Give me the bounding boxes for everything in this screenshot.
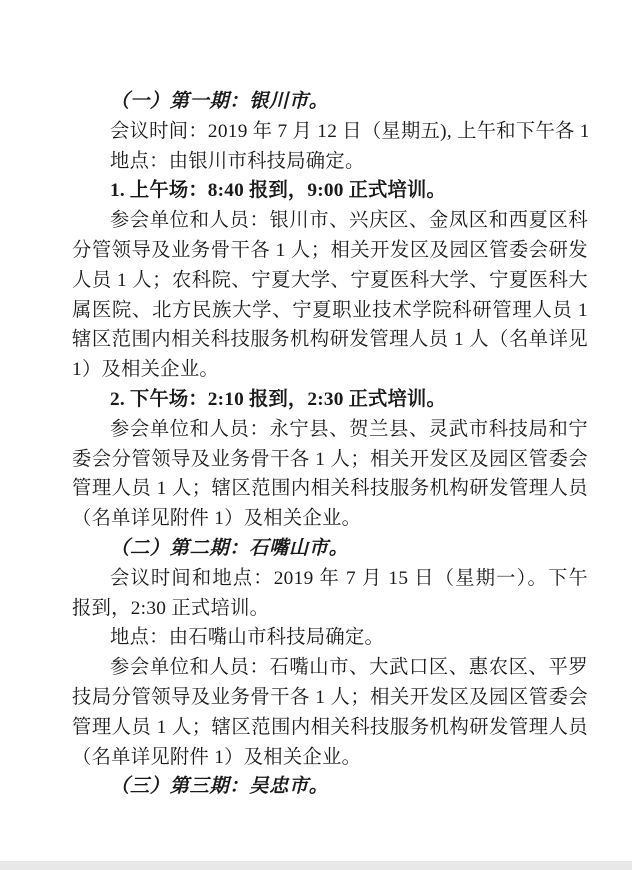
text-line: 2. 下午场：2:10 报到，2:30 正式培训。 <box>72 385 588 415</box>
page-bottom-gap <box>0 861 632 870</box>
section-1-heading: （一）第一期：银川市。 <box>72 87 588 117</box>
morning-session-heading: 1. 上午场：8:40 报到，9:00 正式培训。 <box>72 176 588 206</box>
section-2-meeting-time: 会议时间和地点：2019 年 7 月 15 日（星期一）。下午 2:10报到，2… <box>72 564 588 624</box>
text-line: 管理人员 1 人；辖区范围内相关科技服务机构研发管理人员 1 人 <box>72 713 588 743</box>
text-line: 属医院、北方民族大学、宁夏职业技术学院科研管理人员 1 人； <box>72 296 588 326</box>
document-content: （一）第一期：银川市。会议时间：2019 年 7 月 12 日（星期五), 上午… <box>72 87 588 802</box>
text-line: 会议时间：2019 年 7 月 12 日（星期五), 上午和下午各 1 场。 <box>72 117 588 147</box>
text-line: 管理人员 1 人；辖区范围内相关科技服务机构研发管理人员 1 人 <box>72 474 588 504</box>
text-line: 参会单位和人员：永宁县、贺兰县、灵武市科技局和宁东管 <box>72 415 588 445</box>
text-line: 辖区范围内相关科技服务机构研发管理人员 1 人（名单详见附件 <box>72 325 588 355</box>
text-line: 地点：由石嘴山市科技局确定。 <box>72 623 588 653</box>
section-3-heading: （三）第三期：吴忠市。 <box>72 772 588 802</box>
text-line: （二）第二期：石嘴山市。 <box>72 534 588 564</box>
afternoon-session-heading: 2. 下午场：2:10 报到，2:30 正式培训。 <box>72 385 588 415</box>
text-line: 委会分管领导及业务骨干各 1 人；相关开发区及园区管委会研发 <box>72 445 588 475</box>
text-line: 会议时间和地点：2019 年 7 月 15 日（星期一）。下午 2:10 <box>72 564 588 594</box>
afternoon-session-participants: 参会单位和人员：永宁县、贺兰县、灵武市科技局和宁东管委会分管领导及业务骨干各 1… <box>72 415 588 534</box>
text-line: 1）及相关企业。 <box>72 355 588 385</box>
section-1-meeting-time: 会议时间：2019 年 7 月 12 日（星期五), 上午和下午各 1 场。 <box>72 117 588 147</box>
section-2-location: 地点：由石嘴山市科技局确定。 <box>72 623 588 653</box>
text-line: 参会单位和人员：银川市、兴庆区、金凤区和西夏区科技局 <box>72 206 588 236</box>
text-line: （一）第一期：银川市。 <box>72 87 588 117</box>
text-line: 分管领导及业务骨干各 1 人；相关开发区及园区管委会研发管理 <box>72 236 588 266</box>
document-page: （一）第一期：银川市。会议时间：2019 年 7 月 12 日（星期五), 上午… <box>0 0 632 861</box>
text-line: 1. 上午场：8:40 报到，9:00 正式培训。 <box>72 176 588 206</box>
section-2-participants: 参会单位和人员：石嘴山市、大武口区、惠农区、平罗县科技局分管领导及业务骨干各 1… <box>72 653 588 772</box>
section-1-location: 地点：由银川市科技局确定。 <box>72 147 588 177</box>
text-line: 地点：由银川市科技局确定。 <box>72 147 588 177</box>
text-line: 参会单位和人员：石嘴山市、大武口区、惠农区、平罗县科 <box>72 653 588 683</box>
morning-session-participants: 参会单位和人员：银川市、兴庆区、金凤区和西夏区科技局分管领导及业务骨干各 1 人… <box>72 206 588 385</box>
text-line: （三）第三期：吴忠市。 <box>72 772 588 802</box>
text-line: （名单详见附件 1）及相关企业。 <box>72 504 588 534</box>
text-line: 技局分管领导及业务骨干各 1 人；相关开发区及园区管委会研发 <box>72 683 588 713</box>
text-line: 报到，2:30 正式培训。 <box>72 594 588 624</box>
text-line: 人员 1 人；农科院、宁夏大学、宁夏医科大学、宁夏医科大学附 <box>72 266 588 296</box>
section-2-heading: （二）第二期：石嘴山市。 <box>72 534 588 564</box>
text-line: （名单详见附件 1）及相关企业。 <box>72 743 588 773</box>
